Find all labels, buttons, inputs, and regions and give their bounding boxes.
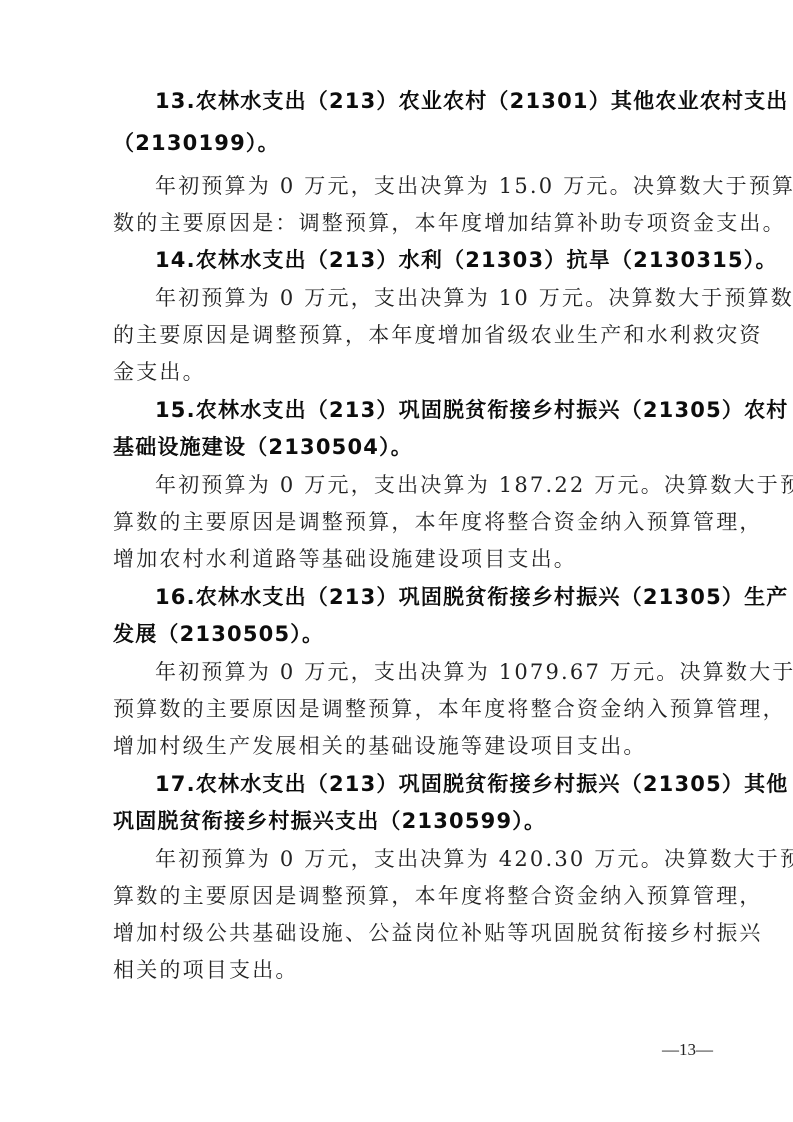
section-paragraph: 年初预算为 0 万元，支出决算为 1079.67 万元。决算数大于 xyxy=(155,657,793,687)
section-paragraph: 年初预算为 0 万元，支出决算为 15.0 万元。决算数大于预算 xyxy=(155,171,793,201)
section-heading: 16.农林水支出（213）巩固脱贫衔接乡村振兴（21305）生产 xyxy=(155,582,789,612)
section-heading: 巩固脱贫衔接乡村振兴支出（2130599）。 xyxy=(113,806,546,836)
section-paragraph: 算数的主要原因是调整预算，本年度将整合资金纳入预算管理， xyxy=(113,507,763,537)
section-heading: 15.农林水支出（213）巩固脱贫衔接乡村振兴（21305）农村 xyxy=(155,395,789,425)
section-paragraph: 增加村级公共基础设施、公益岗位补贴等巩固脱贫衔接乡村振兴 xyxy=(113,918,763,948)
section-heading: 17.农林水支出（213）巩固脱贫衔接乡村振兴（21305）其他 xyxy=(155,769,789,799)
section-paragraph: 年初预算为 0 万元，支出决算为 187.22 万元。决算数大于预 xyxy=(155,470,793,500)
section-paragraph: 增加村级生产发展相关的基础设施等建设项目支出。 xyxy=(113,731,647,761)
section-paragraph: 算数的主要原因是调整预算，本年度将整合资金纳入预算管理， xyxy=(113,881,763,911)
section-paragraph: 年初预算为 0 万元，支出决算为 420.30 万元。决算数大于预 xyxy=(155,844,793,874)
section-heading: 13.农林水支出（213）农业农村（21301）其他农业农村支出 xyxy=(155,86,789,116)
section-paragraph: 金支出。 xyxy=(113,357,206,387)
page-number: —13— xyxy=(662,1040,713,1060)
section-paragraph: 的主要原因是调整预算，本年度增加省级农业生产和水利救灾资 xyxy=(113,320,763,350)
section-heading: 基础设施建设（2130504）。 xyxy=(113,432,413,462)
section-paragraph: 相关的项目支出。 xyxy=(113,955,299,985)
section-heading: 发展（2130505）。 xyxy=(113,619,324,649)
section-heading: 14.农林水支出（213）水利（21303）抗旱（2130315）。 xyxy=(155,245,778,275)
section-paragraph: 增加农村水利道路等基础设施建设项目支出。 xyxy=(113,544,577,574)
section-paragraph: 数的主要原因是：调整预算，本年度增加结算补助专项资金支出。 xyxy=(113,208,786,238)
section-heading: （2130199）。 xyxy=(113,128,280,158)
section-paragraph: 预算数的主要原因是调整预算，本年度将整合资金纳入预算管理， xyxy=(113,694,786,724)
section-paragraph: 年初预算为 0 万元，支出决算为 10 万元。决算数大于预算数 xyxy=(155,283,793,313)
